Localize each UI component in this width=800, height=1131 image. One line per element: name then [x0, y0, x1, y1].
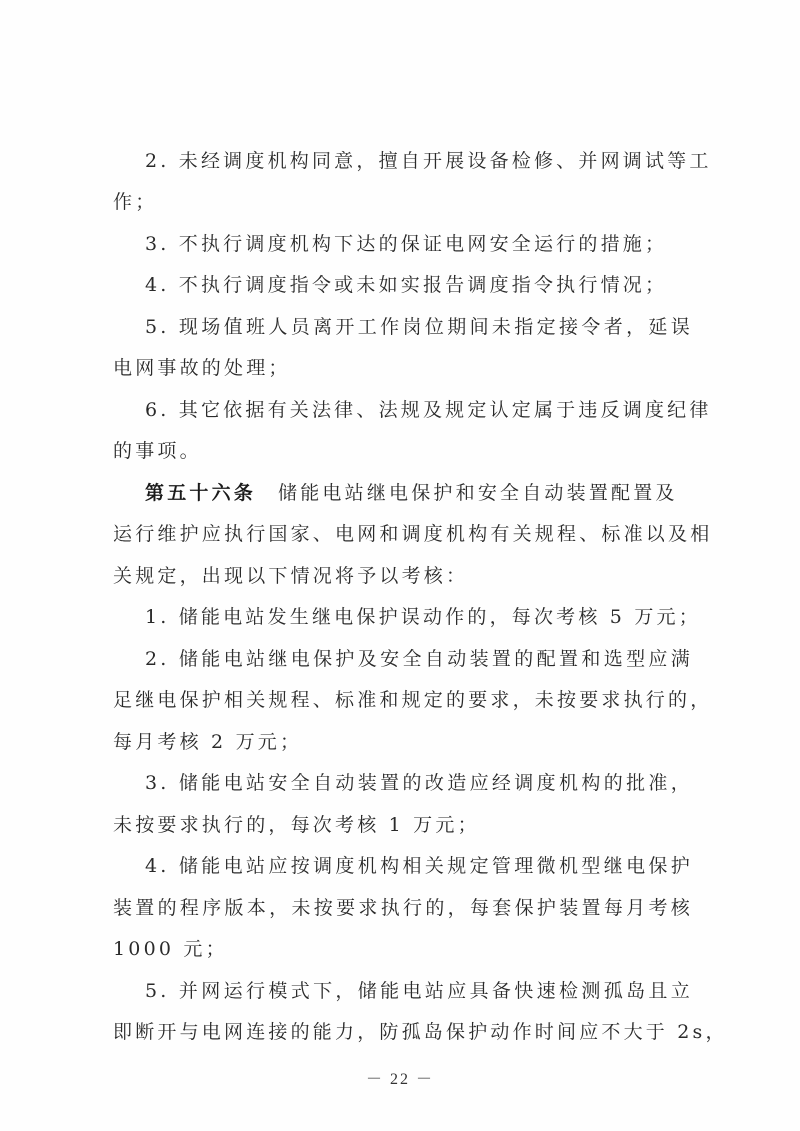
list-item-6-line2: 的事项。	[113, 439, 693, 463]
article-56-text: 储能电站继电保护和安全自动装置配置及	[278, 482, 678, 504]
clause-3-line1: 3. 储能电站安全自动装置的改造应经调度机构的批准，	[145, 771, 693, 795]
clause-4-line3: 1000 元；	[113, 937, 693, 961]
clause-5-line2: 即断开与电网连接的能力，防孤岛保护动作时间应不大于 2s，	[113, 1020, 693, 1044]
article-56-line2: 运行维护应执行国家、电网和调度机构有关规程、标准以及相	[113, 522, 693, 546]
clause-5-line1: 5. 并网运行模式下，储能电站应具备快速检测孤岛且立	[145, 979, 693, 1003]
clause-2-line1: 2. 储能电站继电保护及安全自动装置的配置和选型应满	[145, 647, 693, 671]
page-number: － 22 －	[0, 1066, 800, 1089]
article-56-line3: 关规定，出现以下情况将予以考核：	[113, 564, 693, 588]
list-item-5-line1: 5. 现场值班人员离开工作岗位期间未指定接令者，延误	[145, 315, 693, 339]
list-item-4: 4. 不执行调度指令或未如实报告调度指令执行情况；	[145, 273, 693, 297]
list-item-6-line1: 6. 其它依据有关法律、法规及规定认定属于违反调度纪律	[145, 398, 693, 422]
clause-1: 1. 储能电站发生继电保护误动作的，每次考核 5 万元；	[145, 605, 693, 629]
article-heading: 第五十六条	[145, 482, 256, 504]
list-item-2-line1: 2. 未经调度机构同意，擅自开展设备检修、并网调试等工	[145, 149, 693, 173]
clause-2-line3: 每月考核 2 万元；	[113, 730, 693, 754]
list-item-2-line2: 作；	[113, 190, 693, 214]
clause-4-line1: 4. 储能电站应按调度机构相关规定管理微机型继电保护	[145, 854, 693, 878]
list-item-3: 3. 不执行调度机构下达的保证电网安全运行的措施；	[145, 232, 693, 256]
clause-2-line2: 足继电保护相关规程、标准和规定的要求，未按要求执行的，	[113, 688, 693, 712]
clause-4-line2: 装置的程序版本，未按要求执行的，每套保护装置每月考核	[113, 896, 693, 920]
article-56-line1: 第五十六条储能电站继电保护和安全自动装置配置及	[145, 481, 693, 505]
list-item-5-line2: 电网事故的处理；	[113, 356, 693, 380]
clause-3-line2: 未按要求执行的，每次考核 1 万元；	[113, 813, 693, 837]
document-page: 2. 未经调度机构同意，擅自开展设备检修、并网调试等工 作； 3. 不执行调度机…	[0, 0, 800, 1131]
